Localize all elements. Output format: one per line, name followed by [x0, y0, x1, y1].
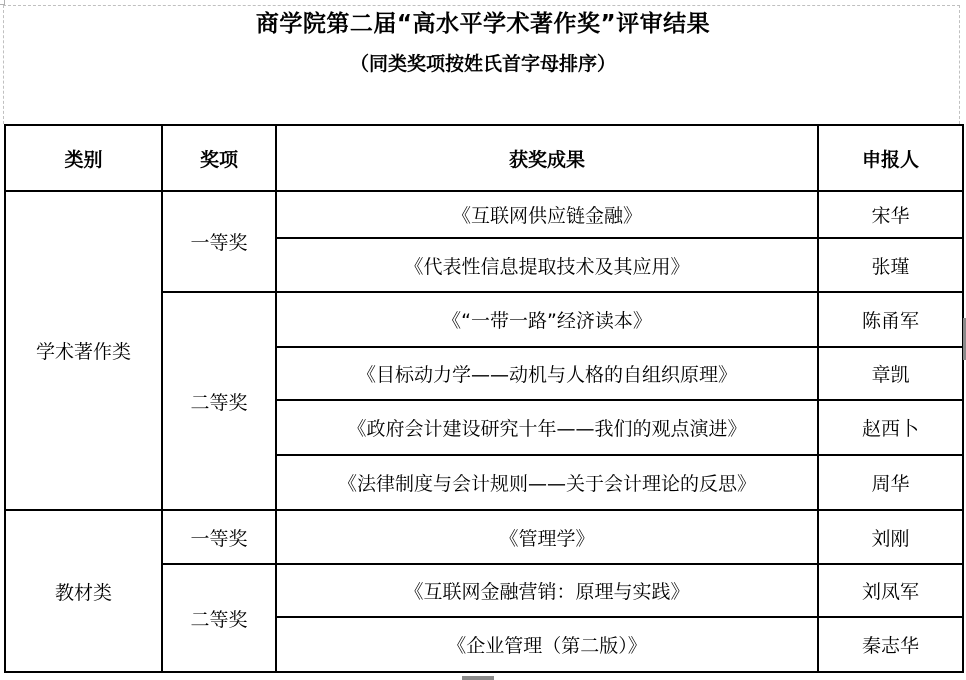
applicant-cell: 秦志华	[818, 617, 963, 672]
header-row: 类别 奖项 获奖成果 申报人	[5, 125, 963, 191]
work-cell: 《管理学》	[276, 510, 818, 564]
applicant-cell: 刘凤军	[818, 564, 963, 617]
award-level-cell: 二等奖	[162, 292, 276, 510]
work-cell: 《“一带一路”经济读本》	[276, 292, 818, 347]
header-work: 获奖成果	[276, 125, 818, 191]
award-level-cell: 二等奖	[162, 564, 276, 672]
results-table: 类别 奖项 获奖成果 申报人 学术著作类 一等奖 《互联网供应链金融》 宋华 《…	[4, 124, 964, 673]
applicant-cell: 宋华	[818, 191, 963, 238]
applicant-cell: 刘刚	[818, 510, 963, 564]
horizontal-scroll-handle[interactable]	[462, 676, 494, 680]
work-cell: 《企业管理（第二版）》	[276, 617, 818, 672]
document-subtitle: （同类奖项按姓氏首字母排序）	[0, 50, 966, 78]
header-category: 类别	[5, 125, 162, 191]
header-applicant: 申报人	[818, 125, 963, 191]
award-level-cell: 一等奖	[162, 191, 276, 292]
work-cell: 《政府会计建设研究十年——我们的观点演进》	[276, 400, 818, 455]
applicant-cell: 陈甬军	[818, 292, 963, 347]
work-cell: 《互联网金融营销：原理与实践》	[276, 564, 818, 617]
header-award: 奖项	[162, 125, 276, 191]
applicant-cell: 周华	[818, 455, 963, 510]
category-cell: 教材类	[5, 510, 162, 672]
work-cell: 《法律制度与会计规则——关于会计理论的反思》	[276, 455, 818, 510]
applicant-cell: 赵西卜	[818, 400, 963, 455]
work-cell: 《目标动力学——动机与人格的自组织原理》	[276, 347, 818, 400]
document-title: 商学院第二届“高水平学术著作奖”评审结果	[0, 8, 966, 40]
category-cell: 学术著作类	[5, 191, 162, 510]
applicant-cell: 章凯	[818, 347, 963, 400]
work-cell: 《代表性信息提取技术及其应用》	[276, 238, 818, 292]
table-row: 教材类 一等奖 《管理学》 刘刚	[5, 510, 963, 564]
award-level-cell: 一等奖	[162, 510, 276, 564]
table-row: 学术著作类 一等奖 《互联网供应链金融》 宋华	[5, 191, 963, 238]
work-cell: 《互联网供应链金融》	[276, 191, 818, 238]
applicant-cell: 张瑾	[818, 238, 963, 292]
